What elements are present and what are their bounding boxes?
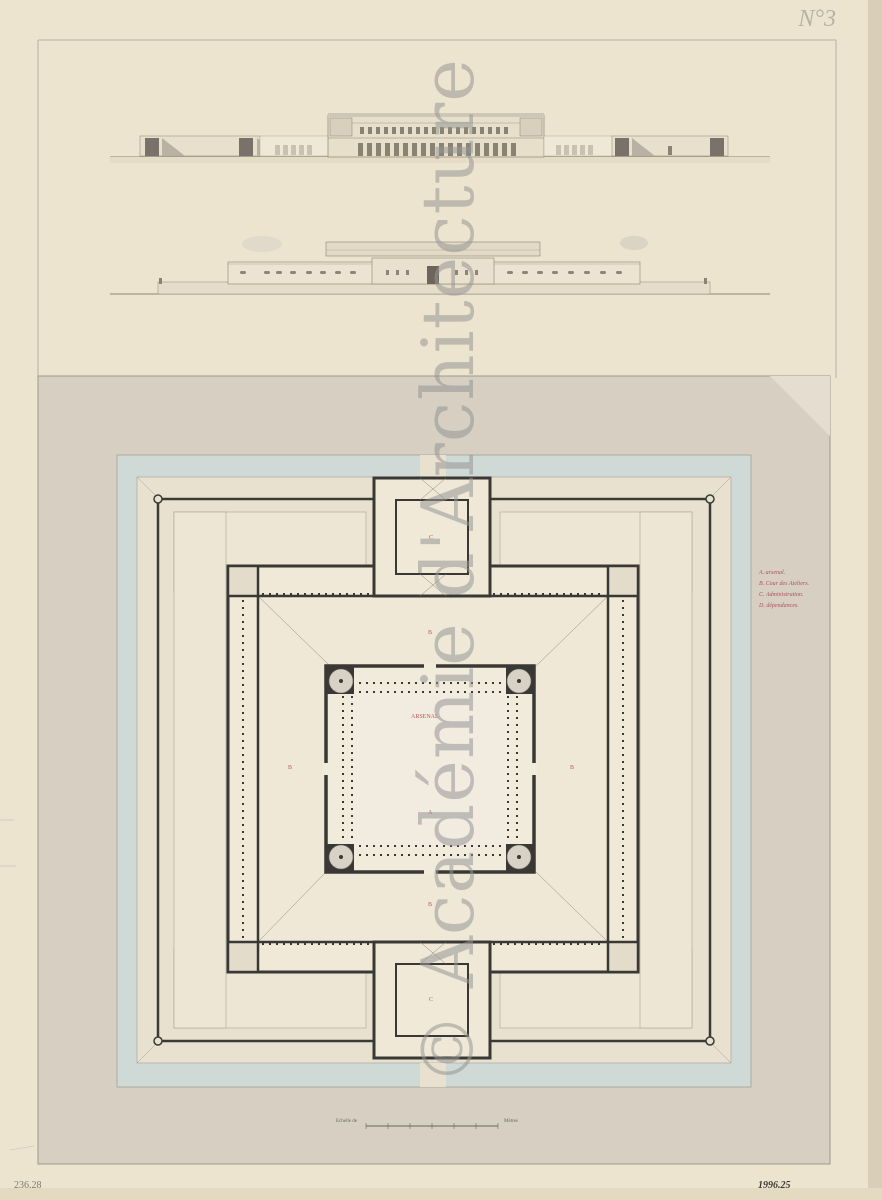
drawing-sheet: N°3 ARSENAL A B B B B C C A. arsenal. B.… <box>0 0 882 1200</box>
legend-item: D. dépendances. <box>759 601 809 612</box>
inventory-number-left: 236.28 <box>14 1180 42 1191</box>
scale-label-left: Echelle de <box>336 1119 357 1124</box>
scale-label-right: Mètres <box>504 1119 518 1124</box>
legend-item: A. arsenal. <box>759 568 809 579</box>
plan-legend: A. arsenal. B. Cour des Ateliers. C. Adm… <box>759 568 809 612</box>
watermark-text: © Académie d'Architecture <box>406 58 490 1085</box>
legend-item: B. Cour des Ateliers. <box>759 579 809 590</box>
plan-label-b-left: B <box>288 765 292 771</box>
legend-item: C. Administration. <box>759 590 809 601</box>
inventory-number-right: 1996.25 <box>758 1180 791 1191</box>
plan-label-b-right: B <box>570 765 574 771</box>
sheet-number: N°3 <box>798 6 836 33</box>
